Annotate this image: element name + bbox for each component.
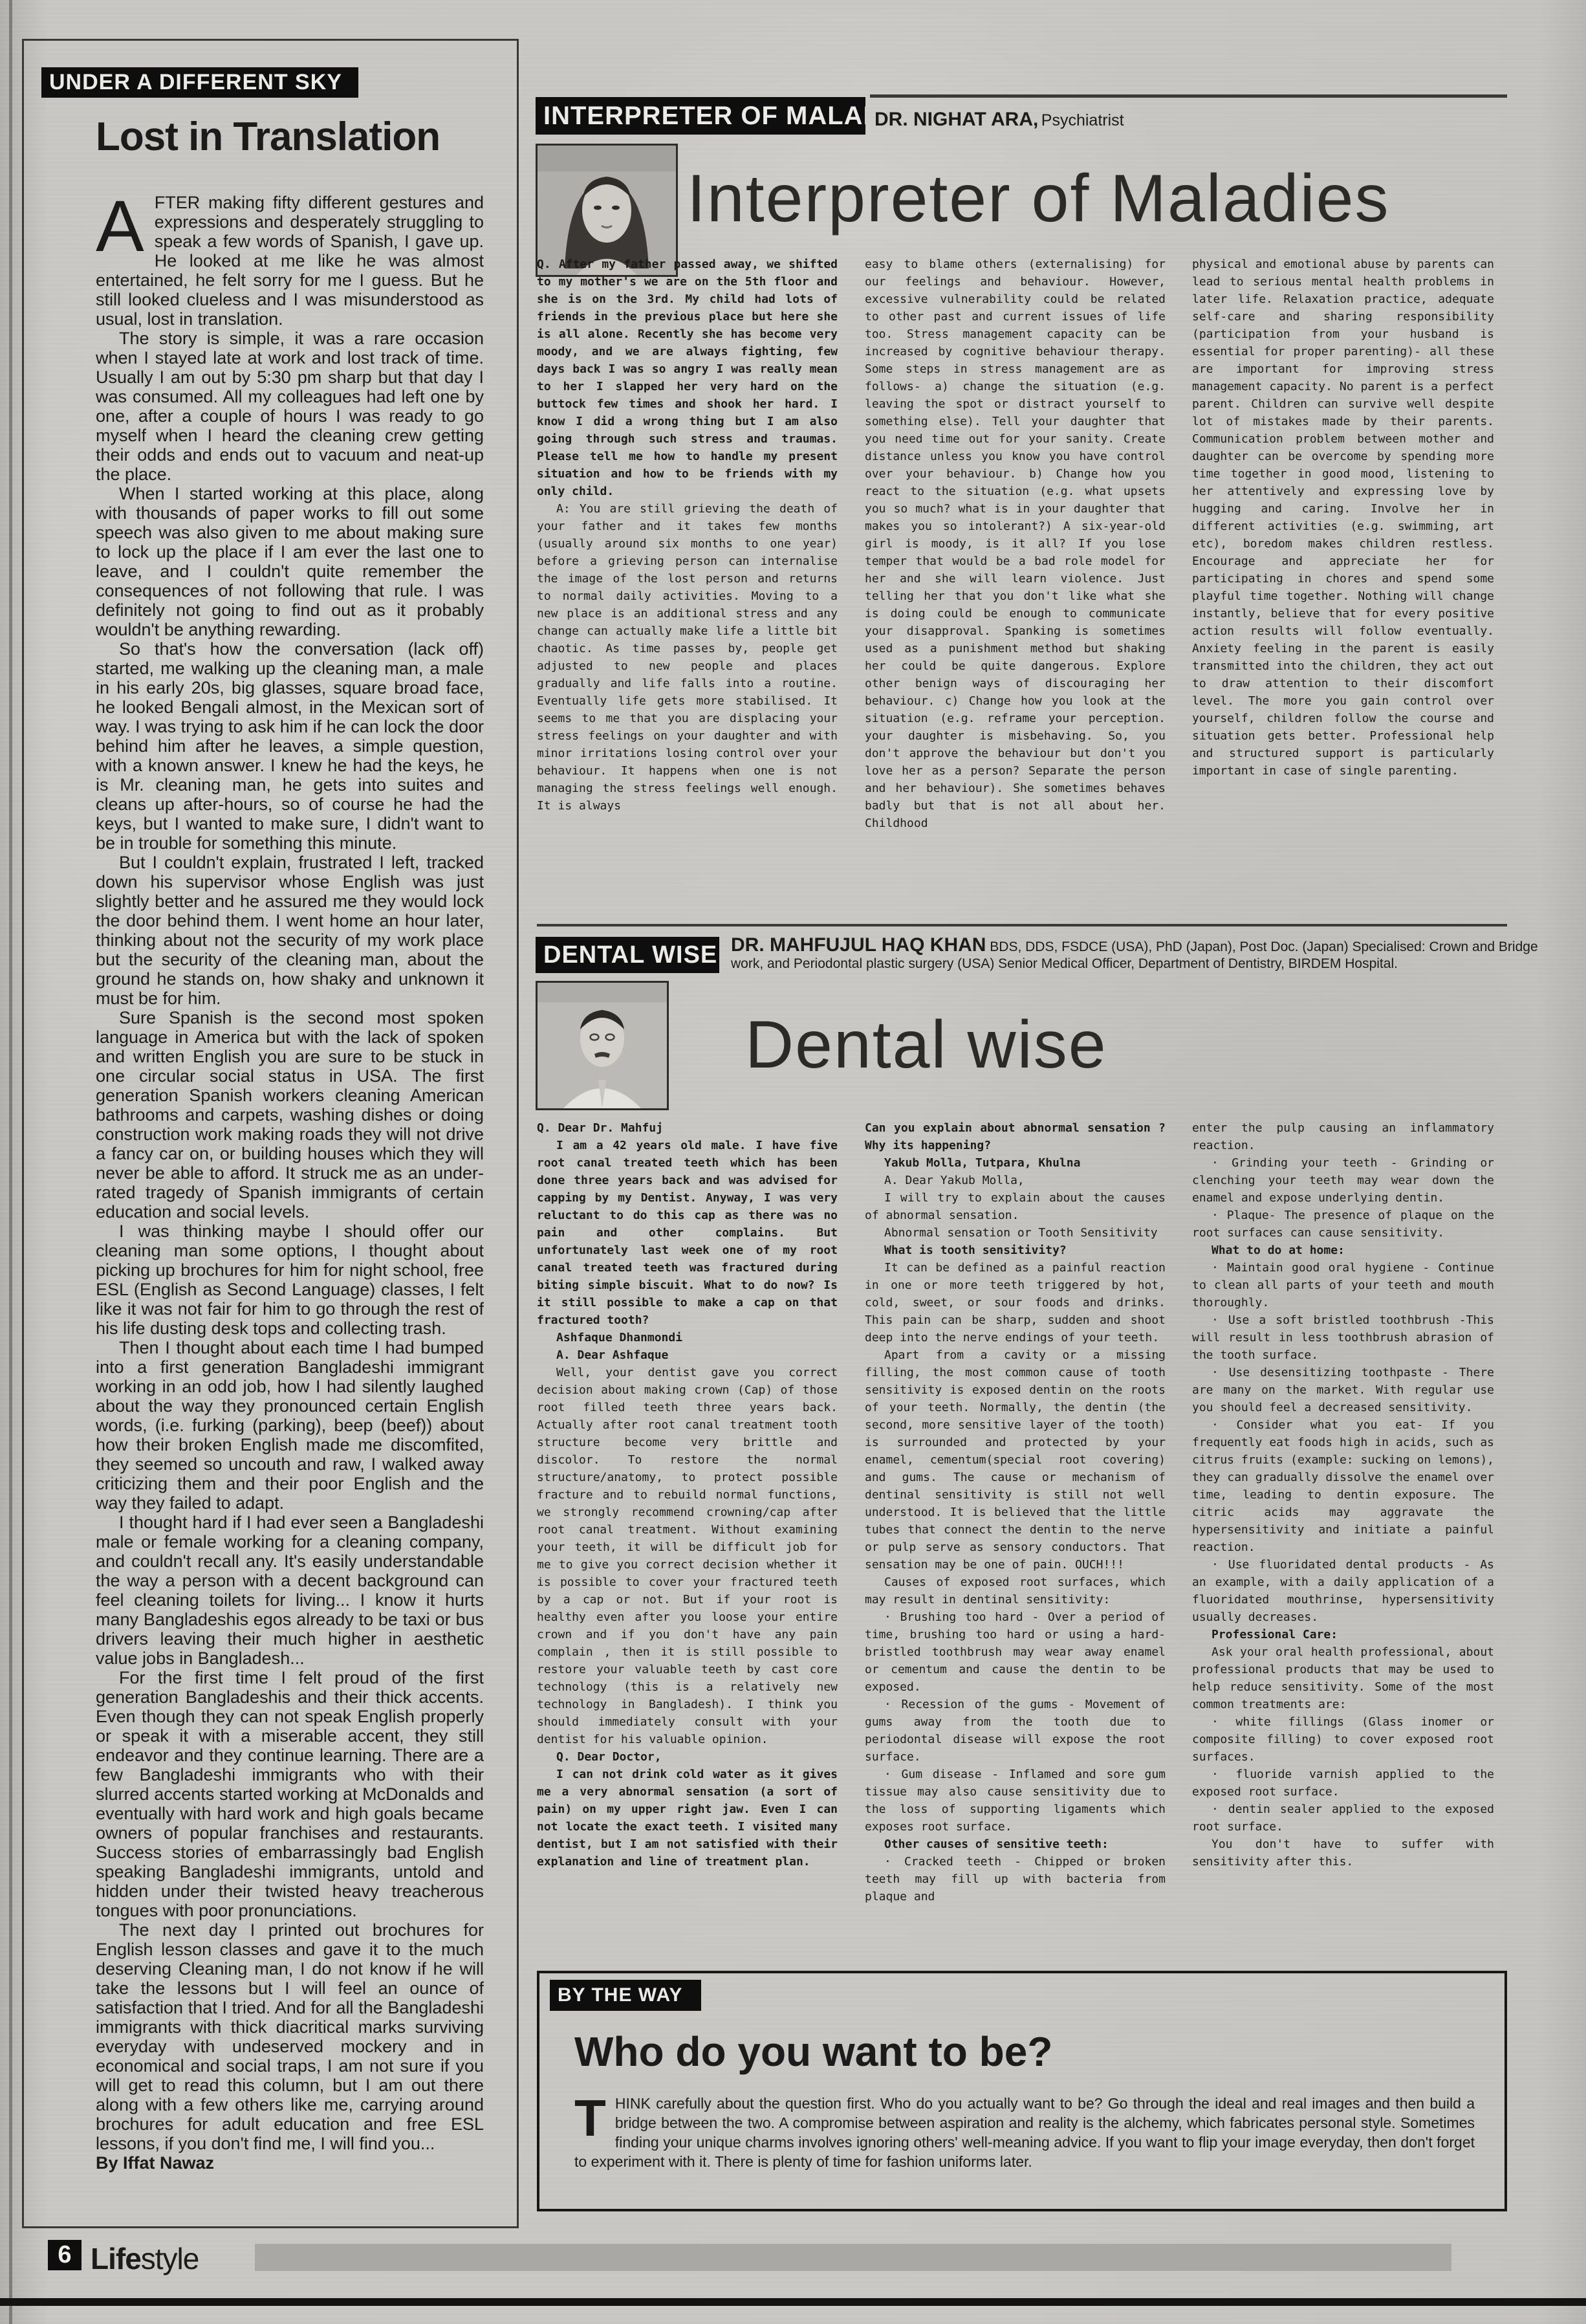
paragraph: Then I thought about each time I had bum…	[96, 1338, 484, 1513]
answer-text: Apart from a cavity or a missing filling…	[865, 1346, 1166, 1573]
bullet-item: · fluoride varnish applied to the expose…	[1192, 1766, 1494, 1801]
bullet-item: · Maintain good oral hygiene - Continue …	[1192, 1259, 1494, 1311]
bullet-item: · Plaque- The presence of plaque on the …	[1192, 1207, 1494, 1242]
bullet-item: · white fillings (Glass inomer or compos…	[1192, 1713, 1494, 1766]
byline: By Iffat Nawaz	[96, 2153, 484, 2173]
by-the-way-box: BY THE WAY Who do you want to be? THINK …	[537, 1971, 1507, 2211]
brand-bold: Life	[91, 2242, 141, 2275]
sub-heading: What is tooth sensitivity?	[865, 1242, 1166, 1259]
bullet-item: · Use fluoridated dental products - As a…	[1192, 1556, 1494, 1626]
doctor-credit-line: DR. MAHFUJUL HAQ KHAN BDS, DDS, FSDCE (U…	[731, 937, 1572, 972]
doctor-credit-line: DR. NIGHAT ARA, Psychiatrist	[874, 109, 1124, 131]
bullet-item: · Brushing too hard - Over a period of t…	[865, 1608, 1166, 1696]
paragraph: So that's how the conversation (lack off…	[96, 639, 484, 853]
section-kicker-dental-wise: DENTAL WISE	[536, 937, 719, 973]
feature-title-interpreter-of-maladies: Interpreter of Maladies	[687, 160, 1390, 237]
answer-salutation: A. Dear Ashfaque	[537, 1346, 838, 1364]
paragraph: The story is simple, it was a rare occas…	[96, 329, 484, 484]
question-text: Q. After my father passed away, we shift…	[537, 256, 838, 500]
interpreter-column-1: Q. After my father passed away, we shift…	[537, 256, 838, 815]
dental-column-2: Can you explain about abnormal sensation…	[865, 1119, 1166, 1905]
doctor-name: DR. MAHFUJUL HAQ KHAN	[731, 934, 986, 956]
paragraph: When I started working at this place, al…	[96, 484, 484, 639]
bullet-item: · Grinding your teeth - Grinding or clen…	[1192, 1154, 1494, 1207]
page-number-badge: 6	[48, 2240, 81, 2270]
answer-text: Causes of exposed root surfaces, which m…	[865, 1573, 1166, 1608]
feature-title-dental-wise: Dental wise	[745, 1007, 1107, 1084]
answer-text-continued: easy to blame others (externalising) for…	[865, 256, 1166, 832]
paragraph: But I couldn't explain, frustrated I lef…	[96, 853, 484, 1008]
paragraph: AFTER making fifty different gestures an…	[96, 193, 484, 329]
article-headline-lost-in-translation: Lost in Translation	[96, 114, 440, 160]
question-signature: Yakub Molla, Tutpara, Khulna	[865, 1154, 1166, 1172]
answer-text-continued: physical and emotional abuse by parents …	[1192, 256, 1494, 780]
question-heading: Q. Dear Doctor,	[537, 1748, 838, 1766]
drop-cap: T	[574, 2094, 615, 2139]
doctor-name: DR. NIGHAT ARA,	[874, 109, 1038, 130]
section-kicker-under-a-different-sky: UNDER A DIFFERENT SKY	[41, 67, 358, 98]
bullet-item: · Recession of the gums - Movement of gu…	[865, 1696, 1166, 1766]
dental-column-3: enter the pulp causing an inflammatory r…	[1192, 1119, 1494, 1870]
top-rule	[870, 94, 1507, 98]
bullet-item: · Use desensitizing toothpaste - There a…	[1192, 1364, 1494, 1416]
newspaper-page: UNDER A DIFFERENT SKY Lost in Translatio…	[0, 0, 1586, 2324]
answer-text: A: You are still grieving the death of y…	[537, 500, 838, 815]
answer-text: I will try to explain about the causes o…	[865, 1189, 1166, 1224]
bullet-item: · Consider what you eat- If you frequent…	[1192, 1416, 1494, 1556]
sub-heading: What to do at home:	[1192, 1242, 1494, 1259]
bottom-page-rule	[0, 2298, 1586, 2306]
question-text: I can not drink cold water as it gives m…	[537, 1766, 838, 1870]
question-text: I am a 42 years old male. I have five ro…	[537, 1137, 838, 1329]
sub-heading: Professional Care:	[1192, 1626, 1494, 1643]
portrait-photo-dentist	[536, 981, 669, 1110]
answer-text-continued: enter the pulp causing an inflammatory r…	[1192, 1119, 1494, 1154]
paragraph: For the first time I felt proud of the f…	[96, 1668, 484, 1920]
paragraph: I thought hard if I had ever seen a Bang…	[96, 1513, 484, 1668]
brand-light: style	[141, 2242, 199, 2275]
sub-heading: Other causes of sensitive teeth:	[865, 1836, 1166, 1853]
question-text-continued: Can you explain about abnormal sensation…	[865, 1119, 1166, 1154]
dental-column-1: Q. Dear Dr. Mahfuj I am a 42 years old m…	[537, 1119, 838, 1870]
feature-headline-who-do-you-want-to-be: Who do you want to be?	[574, 2028, 1052, 2076]
section-kicker-by-the-way: BY THE WAY	[550, 1980, 701, 2011]
answer-salutation: A. Dear Yakub Molla,	[865, 1172, 1166, 1189]
section-brand-lifestyle: Lifestyle	[91, 2241, 199, 2276]
section-divider-rule	[537, 924, 1507, 926]
answer-text: It can be defined as a painful reaction …	[865, 1259, 1166, 1346]
answer-text: You don't have to suffer with sensitivit…	[1192, 1836, 1494, 1870]
question-signature: Ashfaque Dhanmondi	[537, 1329, 838, 1346]
bullet-item: · Gum disease - Inflamed and sore gum ti…	[865, 1766, 1166, 1836]
scan-edge	[9, 0, 12, 2324]
paragraph: Sure Spanish is the second most spoken l…	[96, 1008, 484, 1222]
feature-body: THINK carefully about the question first…	[574, 2094, 1475, 2171]
answer-text: Abnormal sensation or Tooth Sensitivity	[865, 1224, 1166, 1242]
drop-cap: A	[96, 193, 155, 255]
interpreter-column-2: easy to blame others (externalising) for…	[865, 256, 1166, 832]
man-portrait-graphic	[538, 983, 667, 1108]
question-heading: Q. Dear Dr. Mahfuj	[537, 1119, 838, 1137]
section-kicker-interpreter-of-maladies: INTERPRETER OF MALADIES	[536, 97, 865, 135]
footer-gray-bar	[255, 2244, 1451, 2271]
doctor-title: Psychiatrist	[1041, 111, 1124, 129]
answer-text: Well, your dentist gave you correct deci…	[537, 1364, 838, 1748]
answer-text: Ask your oral health professional, about…	[1192, 1643, 1494, 1713]
article-body-lost-in-translation: AFTER making fifty different gestures an…	[96, 193, 484, 2173]
paragraph: I was thinking maybe I should offer our …	[96, 1222, 484, 1338]
paragraph: The next day I printed out brochures for…	[96, 1920, 484, 2153]
interpreter-column-3: physical and emotional abuse by parents …	[1192, 256, 1494, 780]
bullet-item: · dentin sealer applied to the exposed r…	[1192, 1801, 1494, 1836]
bullet-item: · Use a soft bristled toothbrush -This w…	[1192, 1311, 1494, 1364]
bullet-item: · Cracked teeth - Chipped or broken teet…	[865, 1853, 1166, 1905]
